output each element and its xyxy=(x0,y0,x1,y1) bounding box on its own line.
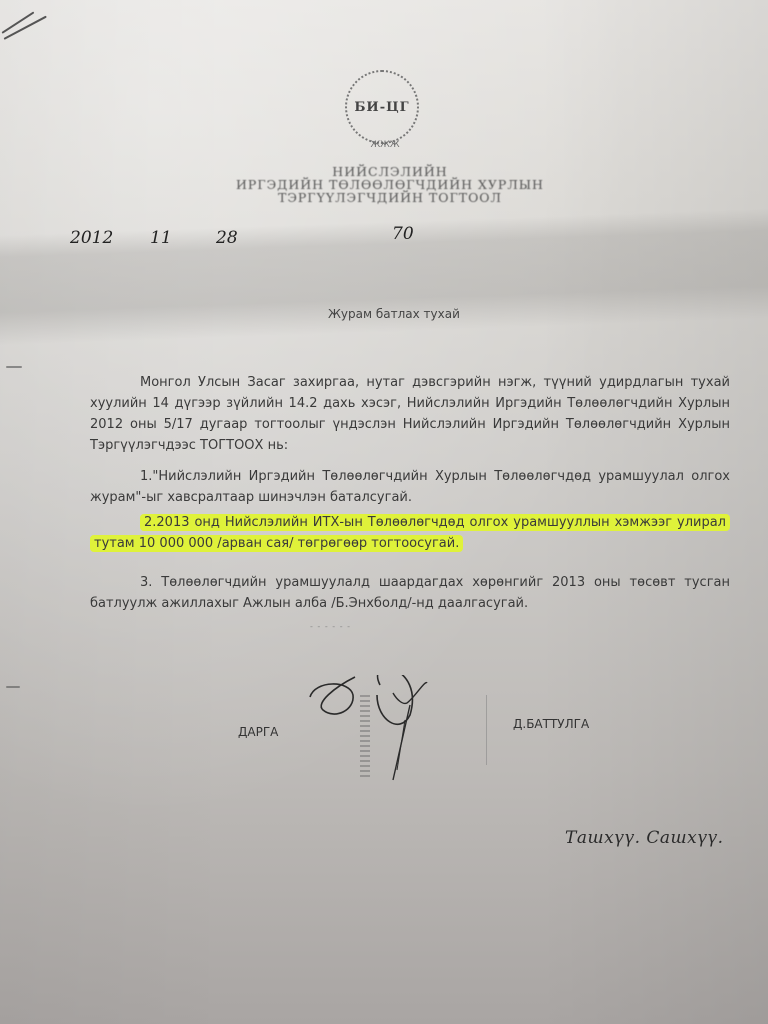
date-year: 2012 xyxy=(70,228,113,248)
state-emblem-icon: БИ-ЦГ xyxy=(345,70,419,144)
signatory-name: Д.БАТТУЛГА xyxy=(513,717,589,731)
resolution-item-3: 3. Төлөөлөгчдийн урамшуулалд шаардагдах … xyxy=(90,572,730,614)
edge-mark xyxy=(6,686,20,688)
org-title-line: ТЭРГҮҮЛЭГЧДИЙН ТОГТООЛ xyxy=(200,191,580,204)
emblem-base: ЖЖЖ xyxy=(365,140,405,150)
emblem-text: БИ-ЦГ xyxy=(354,100,409,115)
stamp-edge xyxy=(486,695,487,765)
highlighted-item-text: 2.2013 онд Нийслэлийн ИТХ-ын Төлөөлөгчдө… xyxy=(90,514,730,552)
document-subject: Журам батлах тухай xyxy=(328,307,460,321)
edge-mark xyxy=(6,366,22,368)
intro-paragraph: Монгол Улсын Засаг захиргаа, нутаг дэвсг… xyxy=(90,372,730,456)
date-day: 28 xyxy=(216,228,238,248)
organization-title: НИЙСЛЭЛИЙН ИРГЭДИЙН ТӨЛӨӨЛӨГЧДИЙН ХУРЛЫН… xyxy=(200,165,580,204)
resolution-item-2: 2.2013 онд Нийслэлийн ИТХ-ын Төлөөлөгчдө… xyxy=(90,512,730,554)
date-month: 11 xyxy=(150,228,172,248)
handwritten-note: Ташхүү. Сашхүү. xyxy=(565,828,724,848)
signatory-title: ДАРГА xyxy=(238,725,278,739)
faint-marks: - - - - - - xyxy=(310,622,351,631)
signature-icon xyxy=(305,675,435,785)
item-text: 3. Төлөөлөгчдийн урамшуулалд шаардагдах … xyxy=(90,575,730,611)
resolution-number: 70 xyxy=(392,224,414,244)
item-text: 1."Нийслэлийн Иргэдийн Төлөөлөгчдийн Хур… xyxy=(90,469,730,505)
resolution-item-1: 1."Нийслэлийн Иргэдийн Төлөөлөгчдийн Хур… xyxy=(90,466,730,508)
